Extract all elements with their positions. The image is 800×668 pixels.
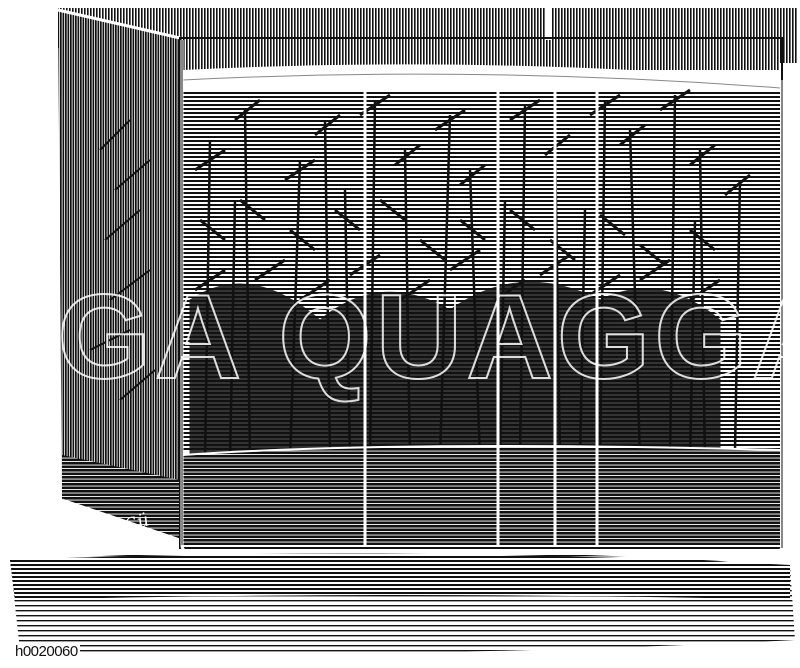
table-surface [10,551,795,653]
engraving-illustration [0,0,800,668]
aquarium-engraving [0,0,800,668]
image-id-label: h0020060 [13,643,80,660]
tank-left-panel [58,10,180,540]
sand-bed [183,446,780,545]
